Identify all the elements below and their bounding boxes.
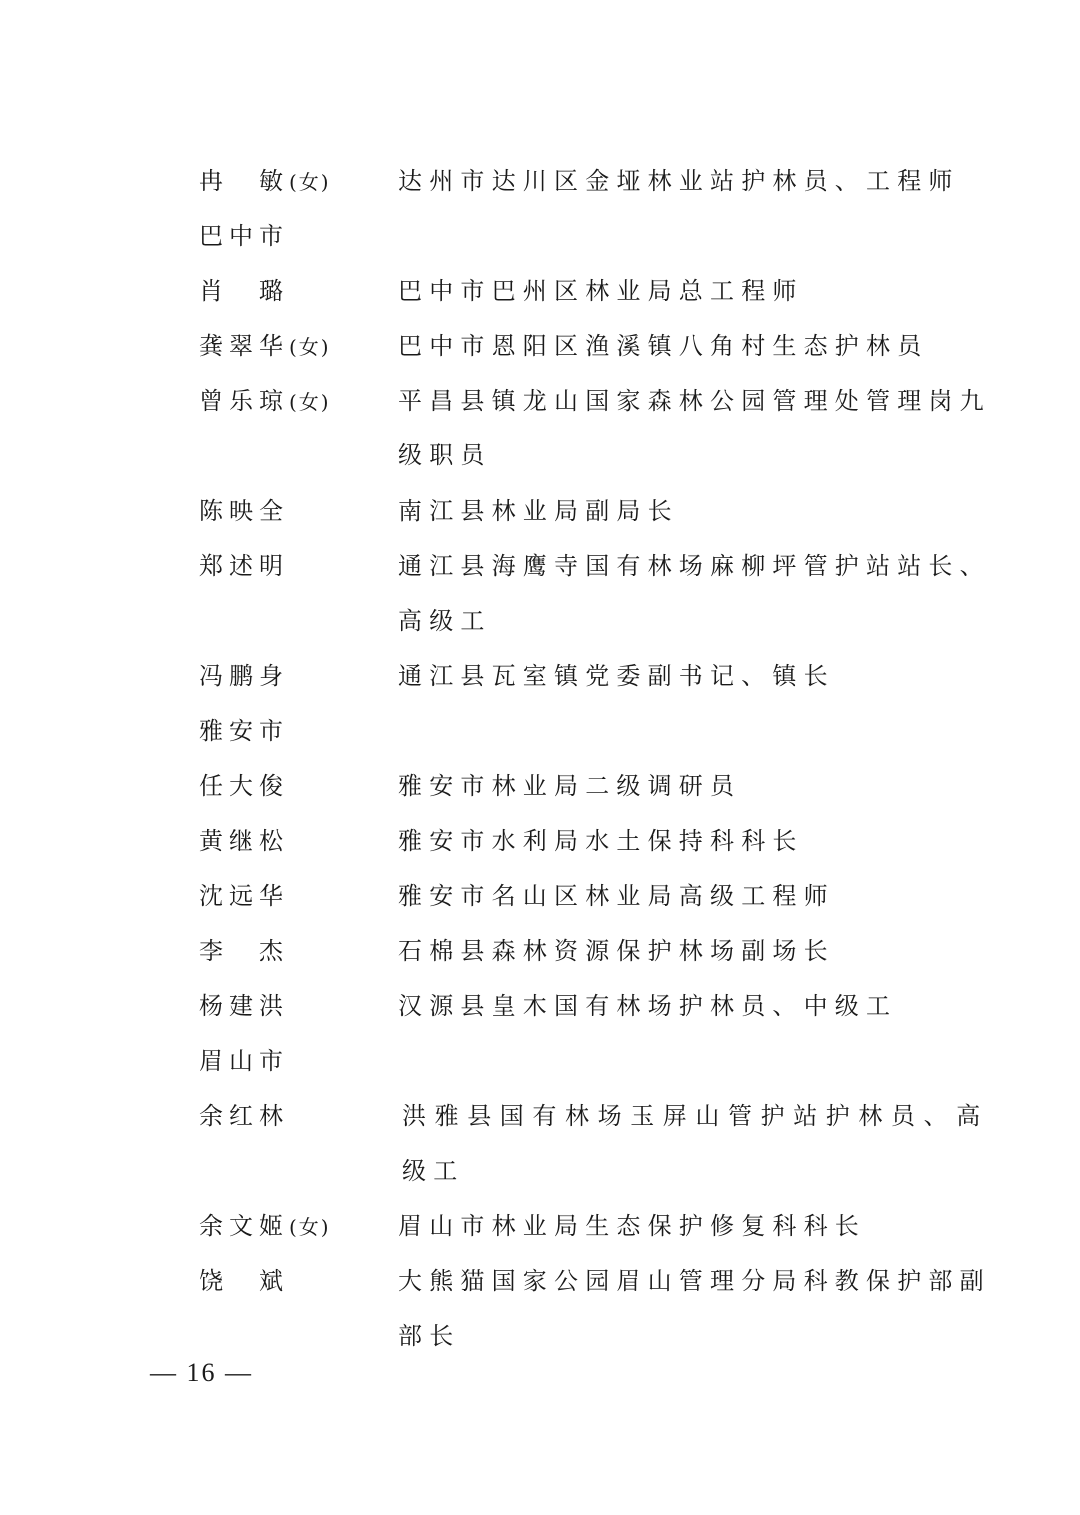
name-text: 曾乐琼 xyxy=(199,387,289,415)
person-name: 冉 敏(女) xyxy=(199,161,331,201)
name-text: 龚翠华 xyxy=(199,332,289,360)
person-title-continued: 级工 xyxy=(402,1151,464,1191)
person-title: 雅安市名山区林业局高级工程师 xyxy=(398,876,835,916)
name-text: 饶 斌 xyxy=(199,1267,289,1295)
person-name: 沈远华 xyxy=(199,876,289,916)
person-title: 巴中市巴州区林业局总工程师 xyxy=(398,271,804,311)
gender-suffix: (女) xyxy=(289,1215,331,1239)
person-name: 饶 斌 xyxy=(199,1261,289,1301)
person-title-continued: 级职员 xyxy=(398,435,492,475)
name-text: 任大俊 xyxy=(199,772,289,800)
gender-suffix: (女) xyxy=(289,335,331,359)
person-name: 陈映全 xyxy=(199,491,289,531)
page-number: — 16 — xyxy=(150,1355,253,1391)
gender-suffix: (女) xyxy=(289,170,331,194)
person-name: 李 杰 xyxy=(199,931,289,971)
person-name: 余文姬(女) xyxy=(199,1206,331,1246)
person-title: 达州市达川区金垭林业站护林员、工程师 xyxy=(398,161,960,201)
name-text: 李 杰 xyxy=(199,937,289,965)
name-text: 陈映全 xyxy=(199,497,289,525)
person-title: 通江县瓦室镇党委副书记、镇长 xyxy=(398,656,835,696)
person-title: 大熊猫国家公园眉山管理分局科教保护部副 xyxy=(398,1261,991,1301)
person-title: 通江县海鹰寺国有林场麻柳坪管护站站长、 xyxy=(398,546,991,586)
person-name: 余红林 xyxy=(199,1096,289,1136)
person-name: 任大俊 xyxy=(199,766,289,806)
name-text: 余文姬 xyxy=(199,1212,289,1240)
person-title: 平昌县镇龙山国家森林公园管理处管理岗九 xyxy=(398,381,991,421)
region-heading: 眉山市 xyxy=(199,1041,289,1081)
name-text: 冯鹏身 xyxy=(199,662,289,690)
name-text: 冉 敏 xyxy=(199,167,289,195)
person-title: 雅安市水利局水土保持科科长 xyxy=(398,821,804,861)
person-title: 洪雅县国有林场玉屏山管护站护林员、高 xyxy=(402,1096,989,1136)
person-name: 龚翠华(女) xyxy=(199,326,331,366)
person-name: 黄继松 xyxy=(199,821,289,861)
name-text: 黄继松 xyxy=(199,827,289,855)
person-name: 郑述明 xyxy=(199,546,289,586)
person-title: 雅安市林业局二级调研员 xyxy=(398,766,741,806)
name-text: 杨建洪 xyxy=(199,992,289,1020)
name-text: 余红林 xyxy=(199,1102,289,1130)
person-title: 石棉县森林资源保护林场副场长 xyxy=(398,931,835,971)
region-heading: 巴中市 xyxy=(199,216,289,256)
name-text: 沈远华 xyxy=(199,882,289,910)
person-title: 眉山市林业局生态保护修复科科长 xyxy=(398,1206,866,1246)
person-title-continued: 高级工 xyxy=(398,601,492,641)
person-name: 冯鹏身 xyxy=(199,656,289,696)
name-text: 肖 璐 xyxy=(199,277,289,305)
gender-suffix: (女) xyxy=(289,390,331,414)
region-heading: 雅安市 xyxy=(199,711,289,751)
name-text: 郑述明 xyxy=(199,552,289,580)
person-name: 肖 璐 xyxy=(199,271,289,311)
document-page: 冉 敏(女) 达州市达川区金垭林业站护林员、工程师 巴中市 肖 璐 巴中市巴州区… xyxy=(0,0,1080,1515)
person-name: 杨建洪 xyxy=(199,986,289,1026)
person-title-continued: 部长 xyxy=(398,1316,460,1356)
person-title: 南江县林业局副局长 xyxy=(398,491,679,531)
person-title: 汉源县皇木国有林场护林员、中级工 xyxy=(398,986,897,1026)
person-title: 巴中市恩阳区渔溪镇八角村生态护林员 xyxy=(398,326,928,366)
person-name: 曾乐琼(女) xyxy=(199,381,331,421)
